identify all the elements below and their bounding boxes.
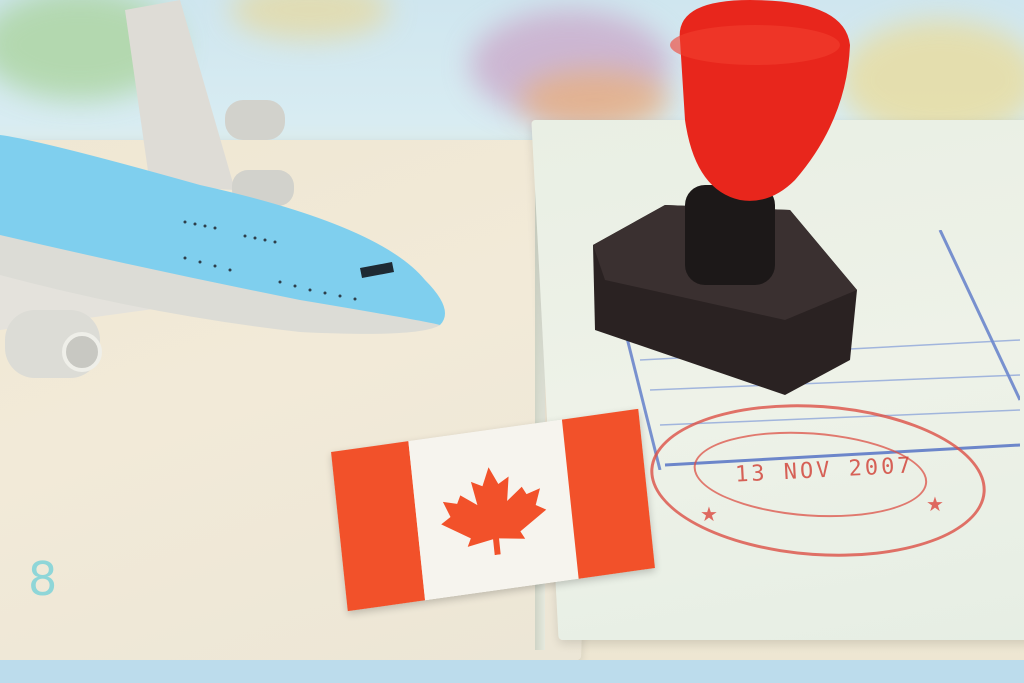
- rubber-stamp: [585, 0, 865, 400]
- table-surface: [0, 660, 1024, 683]
- toy-airplane: [0, 0, 460, 390]
- page-number: 8: [28, 552, 57, 606]
- photo-scene: 13 NOV 2007 ★ ★ 8: [0, 0, 1024, 683]
- star-icon: ★: [926, 492, 944, 516]
- maple-leaf-icon: [434, 458, 552, 563]
- star-icon: ★: [700, 502, 718, 526]
